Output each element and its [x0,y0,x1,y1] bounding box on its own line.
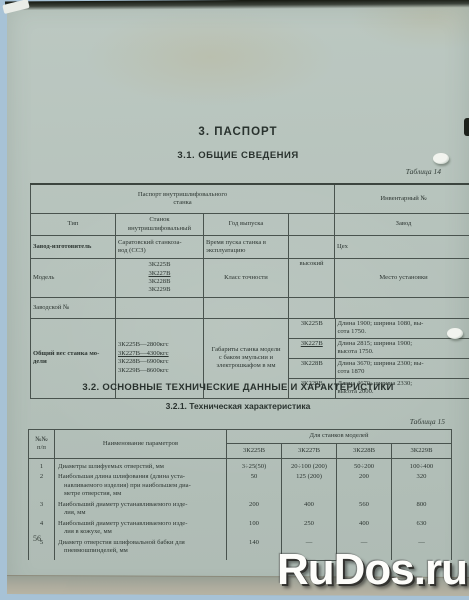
model-item: 3К228В [118,278,201,286]
machine-kind-cell: Станок внутришлифовальный [116,214,204,236]
model-item: 3К225В [118,261,201,269]
value-cell: 20÷100 (200) [282,459,337,473]
value-cell: 250 [282,519,337,538]
table1-main-header-cell: Паспорт внутришлифовального станка [31,184,335,214]
model-column-header: 3К227В [282,444,337,459]
value-cell: 100÷400 [392,459,452,473]
table-row: 1 Диаметры шлифуемых отверстий, мм 3÷25(… [29,459,452,473]
dim-value-cell: Длина 3670; ширина 2300; вы- сота 1870 [335,358,469,378]
year-label-cell: Год выпуска [204,214,289,236]
parameter-name-cell: Диаметр отверстия шлифовальной бабки для… [55,538,227,561]
value-cell: 100 [227,519,282,538]
value-cell: 50÷200 [337,459,392,473]
rudos-watermark: RuDos.ru [277,545,467,595]
table-row: №№ п/п Наименование параметров Для станк… [29,430,452,444]
value-cell: 630 [392,519,452,538]
page-top-shadow [5,0,469,10]
empty-cell [289,214,335,236]
parameter-name-header-cell: Наименование параметров [55,430,227,459]
table-row: 3К225В Длина 1900; ширина 1080, вы- сота… [289,319,469,338]
row-number-header-cell: №№ п/п [29,430,55,459]
table1-caption: Таблица 14 [406,167,441,176]
dim-model-cell: 3К225В [289,319,335,338]
section-2-heading: 3.2. ОСНОВНЫЕ ТЕХНИЧЕСКИЕ ДАННЫЕ И ХАРАК… [7,382,469,393]
table-row: 3 Наибольший диаметр устанавливаемого из… [29,500,452,519]
accuracy-label-cell: Класс точности [204,259,289,298]
parameter-name-cell: Наибольший диаметр устанавливаемого изде… [55,500,227,519]
value-cell: 560 [337,500,392,519]
weight-item: 3К228В—6900кгс [118,358,201,366]
empty-cell [204,298,289,319]
model-column-header: 3К229В [392,444,452,459]
technical-characteristics-table: №№ п/п Наименование параметров Для станк… [28,429,452,561]
paper-sheet: 3. ПАСПОРТ 3.1. ОБЩИЕ СВЕДЕНИЯ Таблица 1… [7,4,469,593]
model-item: 3К229В [118,286,201,294]
row-number-cell: 3 [29,500,55,519]
empty-cell [116,298,204,319]
serial-label-cell: Заводской № [31,298,116,319]
workshop-label-cell: Цех [335,236,469,259]
table-row: 3К228В Длина 3670; ширина 2300; вы- сота… [289,358,469,378]
page-curl-artifact [447,328,463,339]
empty-cell [289,236,335,259]
value-cell: 320 [392,472,452,499]
page-title: 3. ПАСПОРТ [7,126,469,138]
section-2-subheading: 3.2.1. Техническая характеристика [7,401,469,411]
commissioning-label-cell: Время пуска станка в эксплуатацию [204,236,289,259]
weight-item-underlined: 3К227В—4300кгс [118,350,201,358]
weight-item: 3К229В—8600кгс [118,367,201,375]
section-1-heading: 3.1. ОБЩИЕ СВЕДЕНИЯ [7,150,469,161]
table-row: Паспорт внутришлифовального станка Инвен… [31,184,469,214]
weight-item: 3К225В—2800кгс [118,341,201,349]
parameter-name-cell: Диаметры шлифуемых отверстий, мм [55,459,227,473]
accuracy-value-cell: высокий [289,259,335,298]
model-column-header: 3К225В [227,444,282,459]
location-label-cell: Место установки [335,259,469,298]
value-cell: 800 [392,500,452,519]
binding-edge-mark [464,118,469,136]
value-cell: 50 [227,472,282,499]
value-cell: 400 [282,500,337,519]
value-cell: 140 [227,538,282,561]
dim-model-cell: 3К228В [289,358,335,378]
page-curl-artifact [433,153,449,164]
manufacturer-label-cell: Завод-изготовитель [31,236,116,259]
table-row: 4 Наибольший диаметр устанавливаемого из… [29,519,452,538]
empty-cell [335,298,469,319]
page-number: 56 [33,534,41,543]
type-label-cell: Тип [31,214,116,236]
table1-inventory-header-cell: Инвентарный № [335,184,469,214]
scanned-document-page: 3. ПАСПОРТ 3.1. ОБЩИЕ СВЕДЕНИЯ Таблица 1… [0,0,469,600]
model-item-underlined: 3К227В [118,270,201,278]
row-number-cell: 2 [29,472,55,499]
table-row: 3К227В Длина 2815; ширина 1900; высота 1… [289,338,469,358]
table2-caption: Таблица 15 [410,417,445,426]
model-list-cell: 3К225В 3К227В 3К228В 3К229В [116,259,204,298]
value-cell: 400 [337,519,392,538]
value-cell: 200 [227,500,282,519]
value-cell: 125 (200) [282,472,337,499]
empty-cell [289,298,335,319]
dim-model-cell-underlined: 3К227В [289,338,335,358]
value-cell: 3÷25(50) [227,459,282,473]
model-column-header: 3К228В [337,444,392,459]
table-row: Заводской № [31,298,469,319]
parameter-name-cell: Наибольший диаметр устанавливаемого изде… [55,519,227,538]
models-group-header-cell: Для станков моделей [227,430,452,444]
table-row: 2 Наибольшая длина шлифования (длина уст… [29,472,452,499]
dim-value-cell: Длина 2815; ширина 1900; высота 1750. [335,338,469,358]
table-row: Завод-изготовитель Саратовский станкоза-… [31,236,469,259]
value-cell: 200 [337,472,392,499]
table-row: Модель 3К225В 3К227В 3К228В 3К229В Класс… [31,259,469,298]
factory-label-cell: Завод [335,214,469,236]
table-row: Тип Станок внутришлифовальный Год выпуск… [31,214,469,236]
manufacturer-value-cell: Саратовский станкоза- вод (ССЗ) [116,236,204,259]
parameter-name-cell: Наибольшая длина шлифования (длина уста-… [55,472,227,499]
model-label-cell: Модель [31,259,116,298]
row-number-cell: 1 [29,459,55,473]
passport-general-table: Паспорт внутришлифовального станка Инвен… [30,183,469,399]
